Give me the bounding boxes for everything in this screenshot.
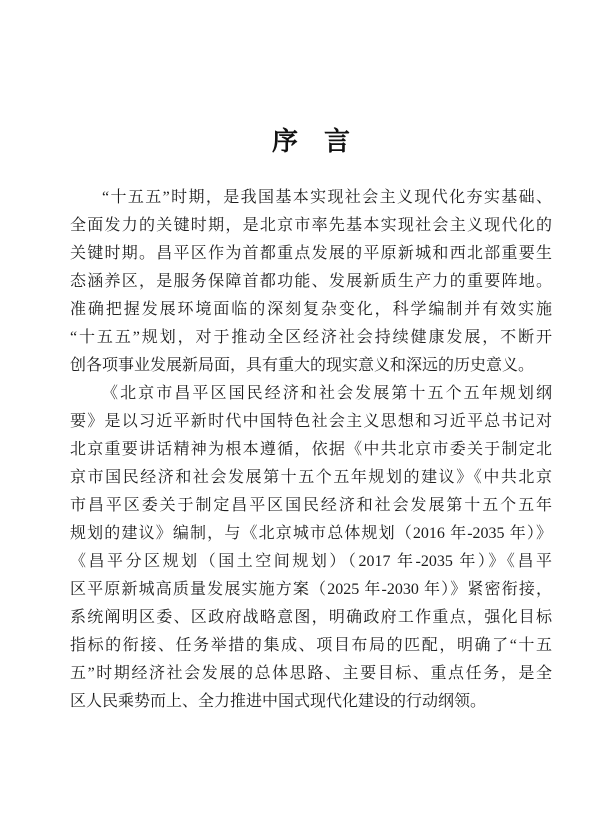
text-line: “十五五”规划，对于推动全区经济社会持续健康发展，不断开 — [70, 324, 552, 352]
text-line: 关键时期。昌平区作为首都重点发展的平原新城和西北部重要生 — [70, 240, 552, 268]
document-body: “十五五”时期，是我国基本实现社会主义现代化夯实基础、全面发力的关键时期，是北京… — [70, 184, 552, 716]
text-line: 态涵养区，是服务保障首都功能、发展新质生产力的重要阵地。 — [70, 268, 552, 296]
text-line: 全面发力的关键时期，是北京市率先基本实现社会主义现代化的 — [70, 212, 552, 240]
text-line: 《昌平分区规划（国土空间规划）（2017 年-2035 年）》《昌平 — [70, 548, 552, 576]
text-line: 《北京市昌平区国民经济和社会发展第十五个五年规划纲 — [70, 380, 552, 408]
text-line: 系统阐明区委、区政府战略意图，明确政府工作重点，强化目标 — [70, 604, 552, 632]
document-page: 序 言 “十五五”时期，是我国基本实现社会主义现代化夯实基础、全面发力的关键时期… — [0, 0, 591, 840]
paragraph: 《北京市昌平区国民经济和社会发展第十五个五年规划纲要》是以习近平新时代中国特色社… — [70, 380, 552, 716]
text-line: 五”时期经济社会发展的总体思路、主要目标、重点任务，是全 — [70, 660, 552, 688]
text-line: 京市国民经济和社会发展第十五个五年规划的建议》《中共北京 — [70, 464, 552, 492]
text-line: 市昌平区委关于制定昌平区国民经济和社会发展第十五个五年 — [70, 492, 552, 520]
text-line: 创各项事业发展新局面，具有重大的现实意义和深远的历史意义。 — [70, 352, 552, 380]
text-line: 准确把握发展环境面临的深刻复杂变化，科学编制并有效实施 — [70, 296, 552, 324]
text-line: 指标的衔接、任务举措的集成、项目布局的匹配，明确了“十五 — [70, 632, 552, 660]
text-line: 区人民乘势而上、全力推进中国式现代化建设的行动纲领。 — [70, 688, 552, 716]
text-line: 要》是以习近平新时代中国特色社会主义思想和习近平总书记对 — [70, 408, 552, 436]
text-line: 区平原新城高质量发展实施方案（2025 年-2030 年）》紧密衔接， — [70, 576, 552, 604]
page-title: 序 言 — [70, 124, 552, 160]
text-line: “十五五”时期，是我国基本实现社会主义现代化夯实基础、 — [70, 184, 552, 212]
paragraph: “十五五”时期，是我国基本实现社会主义现代化夯实基础、全面发力的关键时期，是北京… — [70, 184, 552, 380]
text-line: 规划的建议》编制，与《北京城市总体规划（2016 年-2035 年）》 — [70, 520, 552, 548]
text-line: 北京重要讲话精神为根本遵循，依据《中共北京市委关于制定北 — [70, 436, 552, 464]
